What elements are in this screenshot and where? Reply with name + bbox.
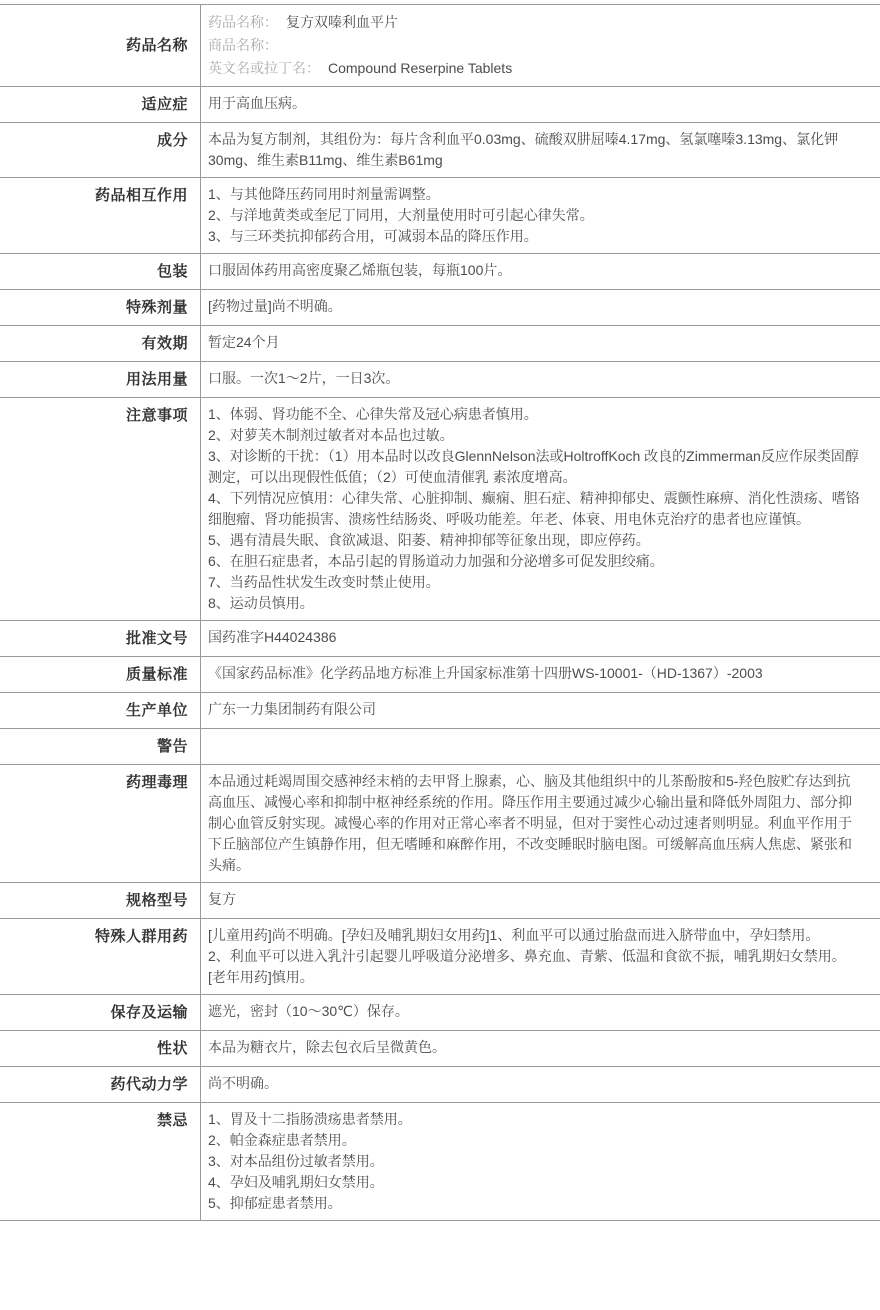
row-label: 适应症	[0, 87, 201, 123]
row-content: 口服。一次1～2片，一日3次。	[201, 362, 880, 398]
row-label: 有效期	[0, 326, 201, 362]
table-row: 性状本品为糖衣片，除去包衣后呈微黄色。	[0, 1031, 880, 1067]
content-paragraph: 本品为复方制剂，其组份为：每片含利血平0.03mg、硫酸双肼屈嗪4.17mg、氢…	[208, 129, 860, 171]
row-label: 特殊剂量	[0, 290, 201, 326]
row-content: 1、体弱、肾功能不全、心律失常及冠心病患者慎用。2、对萝芙木制剂过敏者对本品也过…	[201, 398, 880, 621]
content-paragraph: 1、与其他降压药同用时剂量需调整。	[208, 184, 860, 205]
content-paragraph: 3、对诊断的干扰：（1）用本品时以改良GlennNelson法或Holtroff…	[208, 446, 860, 488]
row-label: 规格型号	[0, 883, 201, 919]
content-paragraph: 本品通过耗竭周围交感神经末梢的去甲肾上腺素，心、脑及其他组织中的儿茶酚胺和5-羟…	[208, 771, 860, 876]
content-paragraph	[208, 735, 860, 756]
row-label: 药理毒理	[0, 765, 201, 883]
table-row: 批准文号国药准字H44024386	[0, 621, 880, 657]
row-label: 药代动力学	[0, 1067, 201, 1103]
row-label: 禁忌	[0, 1103, 201, 1221]
table-row: 质量标准《国家药品标准》化学药品地方标准上升国家标准第十四册WS-10001-（…	[0, 657, 880, 693]
row-label: 警告	[0, 729, 201, 765]
table-row: 成分本品为复方制剂，其组份为：每片含利血平0.03mg、硫酸双肼屈嗪4.17mg…	[0, 123, 880, 178]
content-paragraph: 5、遇有清晨失眠、食欲减退、阳萎、精神抑郁等征象出现，即应停药。	[208, 530, 860, 551]
content-paragraph: 复方	[208, 889, 860, 910]
row-content: 尚不明确。	[201, 1067, 880, 1103]
content-paragraph: 4、孕妇及哺乳期妇女禁用。	[208, 1172, 860, 1193]
field-value: Compound Reserpine Tablets	[328, 60, 512, 76]
drug-info-table: 药品名称药品名称：复方双嗪利血平片商品名称：英文名或拉丁名：Compound R…	[0, 4, 880, 1221]
content-paragraph: 广东一力集团制药有限公司	[208, 699, 860, 720]
row-content: 本品为糖衣片，除去包衣后呈微黄色。	[201, 1031, 880, 1067]
table-row: 保存及运输遮光，密封（10～30℃）保存。	[0, 995, 880, 1031]
content-paragraph: 口服。一次1～2片，一日3次。	[208, 368, 860, 389]
row-label: 质量标准	[0, 657, 201, 693]
row-content: 本品通过耗竭周围交感神经末梢的去甲肾上腺素，心、脑及其他组织中的儿茶酚胺和5-羟…	[201, 765, 880, 883]
row-content: 《国家药品标准》化学药品地方标准上升国家标准第十四册WS-10001-（HD-1…	[201, 657, 880, 693]
content-paragraph: 2、与洋地黄类或奎尼丁同用，大剂量使用时可引起心律失常。	[208, 205, 860, 226]
row-content: 1、胃及十二指肠溃疡患者禁用。2、帕金森症患者禁用。3、对本品组份过敏者禁用。4…	[201, 1103, 880, 1221]
content-paragraph: 2、帕金森症患者禁用。	[208, 1130, 860, 1151]
row-content: 遮光，密封（10～30℃）保存。	[201, 995, 880, 1031]
content-paragraph: 2、利血平可以进入乳汁引起婴儿呼吸道分泌增多、鼻充血、青紫、低温和食欲不振，哺乳…	[208, 946, 860, 988]
table-row: 药品名称药品名称：复方双嗪利血平片商品名称：英文名或拉丁名：Compound R…	[0, 5, 880, 87]
row-content: 口服固体药用高密度聚乙烯瓶包装，每瓶100片。	[201, 254, 880, 290]
table-row: 规格型号复方	[0, 883, 880, 919]
content-paragraph: 3、与三环类抗抑郁药合用，可减弱本品的降压作用。	[208, 226, 860, 247]
content-paragraph: [药物过量]尚不明确。	[208, 296, 860, 317]
content-paragraph: 1、胃及十二指肠溃疡患者禁用。	[208, 1109, 860, 1130]
content-paragraph: 《国家药品标准》化学药品地方标准上升国家标准第十四册WS-10001-（HD-1…	[208, 663, 860, 684]
content-paragraph: 2、对萝芙木制剂过敏者对本品也过敏。	[208, 425, 860, 446]
table-row: 包装口服固体药用高密度聚乙烯瓶包装，每瓶100片。	[0, 254, 880, 290]
row-content: 复方	[201, 883, 880, 919]
field-value: 复方双嗪利血平片	[286, 14, 398, 30]
row-content: 本品为复方制剂，其组份为：每片含利血平0.03mg、硫酸双肼屈嗪4.17mg、氢…	[201, 123, 880, 178]
content-paragraph: [儿童用药]尚不明确。[孕妇及哺乳期妇女用药]1、利血平可以通过胎盘而进入脐带血…	[208, 925, 860, 946]
content-paragraph: 用于高血压病。	[208, 93, 860, 114]
row-content: 1、与其他降压药同用时剂量需调整。2、与洋地黄类或奎尼丁同用，大剂量使用时可引起…	[201, 178, 880, 254]
row-content: 广东一力集团制药有限公司	[201, 693, 880, 729]
row-label: 药品名称	[0, 5, 201, 87]
row-label: 保存及运输	[0, 995, 201, 1031]
table-row: 药代动力学尚不明确。	[0, 1067, 880, 1103]
content-paragraph: 5、抑郁症患者禁用。	[208, 1193, 860, 1214]
table-row: 特殊人群用药[儿童用药]尚不明确。[孕妇及哺乳期妇女用药]1、利血平可以通过胎盘…	[0, 919, 880, 995]
content-paragraph: 遮光，密封（10～30℃）保存。	[208, 1001, 860, 1022]
row-label: 性状	[0, 1031, 201, 1067]
table-row: 用法用量口服。一次1～2片，一日3次。	[0, 362, 880, 398]
content-paragraph: 国药准字H44024386	[208, 627, 860, 648]
row-label: 批准文号	[0, 621, 201, 657]
drug-info-table-body: 药品名称药品名称：复方双嗪利血平片商品名称：英文名或拉丁名：Compound R…	[0, 5, 880, 1221]
row-content: [儿童用药]尚不明确。[孕妇及哺乳期妇女用药]1、利血平可以通过胎盘而进入脐带血…	[201, 919, 880, 995]
row-content: 暂定24个月	[201, 326, 880, 362]
table-row: 生产单位广东一力集团制药有限公司	[0, 693, 880, 729]
drug-name-line: 药品名称：复方双嗪利血平片	[208, 11, 860, 34]
drug-name-line: 英文名或拉丁名：Compound Reserpine Tablets	[208, 57, 860, 80]
row-content	[201, 729, 880, 765]
content-paragraph: 口服固体药用高密度聚乙烯瓶包装，每瓶100片。	[208, 260, 860, 281]
drug-name-line: 商品名称：	[208, 34, 860, 57]
row-label: 包装	[0, 254, 201, 290]
row-label: 特殊人群用药	[0, 919, 201, 995]
field-key: 商品名称：	[208, 37, 278, 53]
table-row: 特殊剂量[药物过量]尚不明确。	[0, 290, 880, 326]
table-row: 适应症用于高血压病。	[0, 87, 880, 123]
table-row: 有效期暂定24个月	[0, 326, 880, 362]
row-label: 注意事项	[0, 398, 201, 621]
field-key: 药品名称：	[208, 14, 278, 30]
row-content: 国药准字H44024386	[201, 621, 880, 657]
content-paragraph: 4、下列情况应慎用：心律失常、心脏抑制、癫痫、胆石症、精神抑郁史、震颤性麻痹、消…	[208, 488, 860, 530]
field-key: 英文名或拉丁名：	[208, 60, 320, 76]
table-row: 药品相互作用1、与其他降压药同用时剂量需调整。2、与洋地黄类或奎尼丁同用，大剂量…	[0, 178, 880, 254]
row-label: 成分	[0, 123, 201, 178]
table-row: 注意事项1、体弱、肾功能不全、心律失常及冠心病患者慎用。2、对萝芙木制剂过敏者对…	[0, 398, 880, 621]
row-content: 药品名称：复方双嗪利血平片商品名称：英文名或拉丁名：Compound Reser…	[201, 5, 880, 87]
row-content: 用于高血压病。	[201, 87, 880, 123]
content-paragraph: 6、在胆石症患者，本品引起的胃肠道动力加强和分泌增多可促发胆绞痛。	[208, 551, 860, 572]
row-label: 药品相互作用	[0, 178, 201, 254]
content-paragraph: 尚不明确。	[208, 1073, 860, 1094]
content-paragraph: 暂定24个月	[208, 332, 860, 353]
row-label: 用法用量	[0, 362, 201, 398]
content-paragraph: 1、体弱、肾功能不全、心律失常及冠心病患者慎用。	[208, 404, 860, 425]
table-row: 禁忌1、胃及十二指肠溃疡患者禁用。2、帕金森症患者禁用。3、对本品组份过敏者禁用…	[0, 1103, 880, 1221]
content-paragraph: 8、运动员慎用。	[208, 593, 860, 614]
content-paragraph: 本品为糖衣片，除去包衣后呈微黄色。	[208, 1037, 860, 1058]
content-paragraph: 7、当药品性状发生改变时禁止使用。	[208, 572, 860, 593]
row-content: [药物过量]尚不明确。	[201, 290, 880, 326]
table-row: 药理毒理本品通过耗竭周围交感神经末梢的去甲肾上腺素，心、脑及其他组织中的儿茶酚胺…	[0, 765, 880, 883]
table-row: 警告	[0, 729, 880, 765]
row-label: 生产单位	[0, 693, 201, 729]
content-paragraph: 3、对本品组份过敏者禁用。	[208, 1151, 860, 1172]
